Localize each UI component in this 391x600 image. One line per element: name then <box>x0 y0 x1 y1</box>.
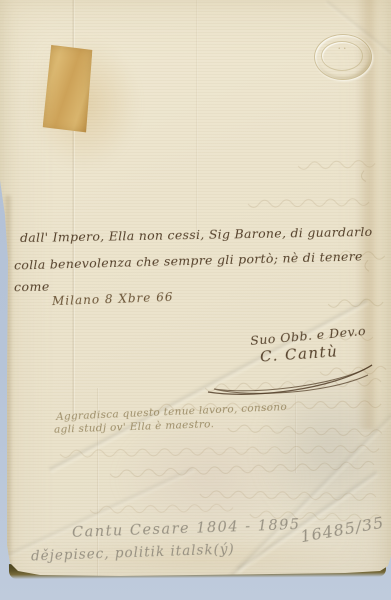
embossed-seal-icon: ·· <box>314 34 372 80</box>
letter-body-line: come <box>14 279 50 295</box>
scan-background: ·· dall' Impero, Ella non cessi, Sig Bar… <box>0 0 391 600</box>
adhesive-tape-remnant-icon <box>42 45 92 134</box>
letter-paper: ·· dall' Impero, Ella non cessi, Sig Bar… <box>0 0 391 600</box>
signature-flourish <box>200 352 382 402</box>
embossed-seal-glyphs: ·· <box>315 42 371 55</box>
